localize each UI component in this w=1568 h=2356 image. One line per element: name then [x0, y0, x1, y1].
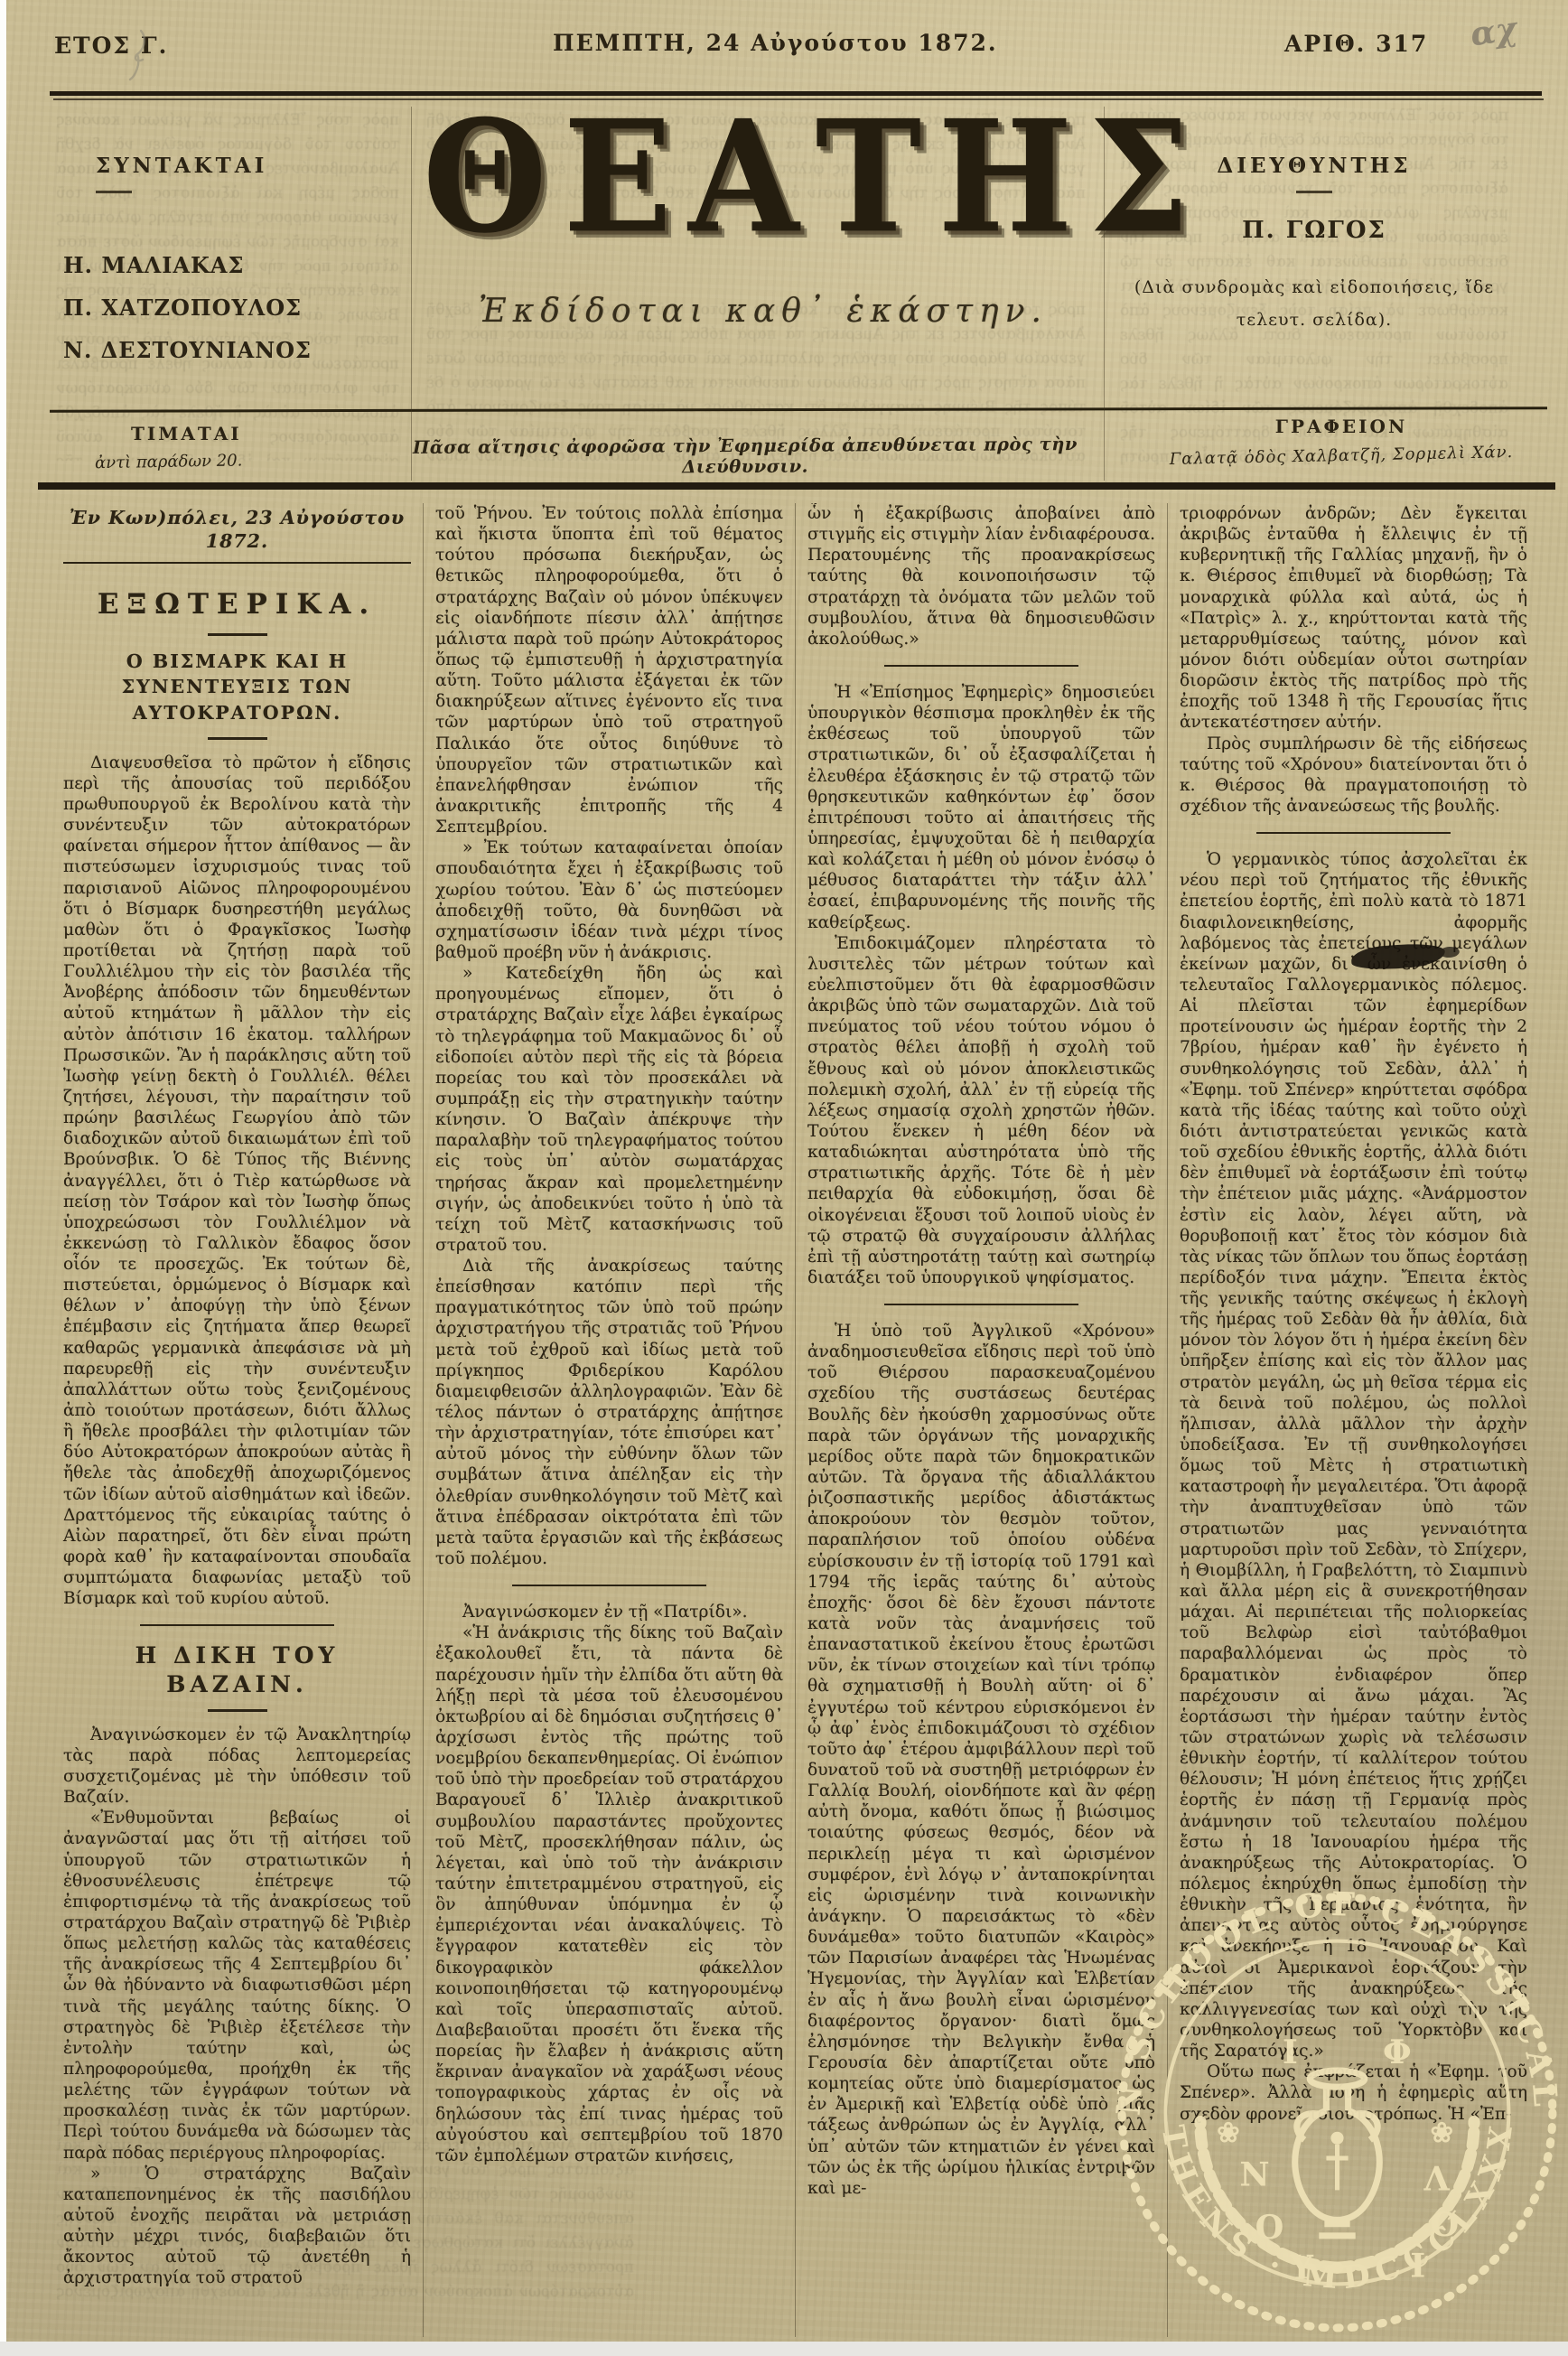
price-value: ἀντὶ παράδων 20. — [95, 450, 330, 473]
divider-dash — [96, 191, 132, 193]
paragraph: «Ἐνθυμοῦνται βεβαίως οἱ ἀναγνῶσταί μας ὅ… — [63, 1808, 411, 2163]
director-title: ΔΙΕΥΘΥΝΤΗΣ — [1115, 154, 1513, 178]
office-title: ΓΡΑΦΕΙΟΝ — [1165, 416, 1517, 437]
director-name: Π. ΓΩΓΟΣ — [1115, 217, 1513, 244]
editor-name: Η. ΜΑΛΙΑΚΑΣ — [63, 244, 388, 286]
director-note: (Διὰ συνδρομὰς καὶ εἰδοποιήσεις, ἴδε τελ… — [1115, 271, 1513, 336]
dash — [208, 737, 267, 740]
newspaper-page-scan: πρὸς τοὺς Ἕλληνας νὰ γείνωσι κανόνες τού… — [0, 0, 1568, 2356]
body-top-rule — [38, 482, 1555, 490]
handwritten-mark: αχ — [1468, 10, 1519, 54]
paragraph: Ἡ «Ἐπίσημος Ἐφημερὶς» δημοσιεύει ὑπουργι… — [807, 682, 1155, 933]
paragraph: Πρὸς συμπλήρωσιν δὲ τῆς εἰδήσεως ταύτης … — [1180, 734, 1527, 818]
paragraph: Ἀναγινώσκομεν ἐν τῇ «Πατρίδι». — [435, 1602, 783, 1622]
dateline: Ἐν Κων)πόλει, 23 Αὐγούστου 1872. — [63, 507, 411, 553]
edition-issue-label: ΑΡΙΘ. 317 — [1284, 31, 1428, 57]
paragraph-cont: ὧν ἡ ἐξακρίβωσις ἀποβαίνει ἀπὸ στιγμῆς ε… — [807, 503, 1155, 650]
article-column-4: τριοφρόνων ἀνδρῶν; Δὲν ἔγκειται ἀκριβῶς … — [1167, 503, 1539, 2337]
edition-date-label: ΠΕΜΠΤΗ, 24 Αὐγούστου 1872. — [553, 30, 998, 56]
article-column-3: ὧν ἡ ἐξακρίβωσις ἀποβαίνει ἀπὸ στιγμῆς ε… — [795, 503, 1167, 2337]
rule-full — [63, 562, 411, 564]
editor-name: Ν. ΔΕΣΤΟΥΝΙΑΝΟΣ — [63, 329, 388, 371]
paragraph: Διὰ τῆς ἀνακρίσεως ταύτης ἐπείσθησαν κατ… — [435, 1256, 783, 1569]
paragraph: » Ὁ στρατάρχης Βαζαὶν καταπεπονημένος ἐκ… — [63, 2164, 411, 2289]
heading2: Η ΔΙΚΗ ΤΟΥ ΒΑΖΑΙΝ. — [63, 1641, 411, 1697]
dash — [208, 633, 267, 636]
paragraph-cont: τοῦ Ῥήνου. Ἐν τούτοις πολλὰ ἐπίσημα καὶ … — [435, 503, 783, 837]
pencil-squiggle-icon — [116, 23, 179, 87]
masthead-divider — [411, 107, 412, 481]
office-address: Γαλατᾷ ὁδὸς Χαλβατζῆ, Σορμελὶ Χάν. — [1165, 443, 1517, 469]
article-column-1: Ἐν Κων)πόλει, 23 Αὐγούστου 1872.ΕΞΩΤΕΡΙΚ… — [51, 503, 423, 2337]
rule-center — [140, 1624, 335, 1626]
paragraph: Ἀναγινώσκομεν ἐν τῷ Ἀνακλητηρίῳ τὰς παρὰ… — [63, 1725, 411, 1809]
paragraph: Οὕτω πως ἐκφράζεται ἡ «Ἐφημ. τοῦ Σπένερ»… — [1180, 2061, 1527, 2124]
dash — [208, 1709, 267, 1712]
divider-dash — [1296, 191, 1332, 193]
newspaper-title: ΘΕΑΤΗΣ — [423, 101, 1104, 256]
price-title: ΤΙΜΑΤΑΙ — [131, 423, 330, 444]
rule-center — [884, 665, 1079, 667]
subheading: Ο ΒΙΣΜΑΡΚ ΚΑΙ Η ΣΥΝΕΝΤΕΥΞΙΣ ΤΩΝ ΑΥΤΟΚΡΑΤ… — [76, 649, 398, 726]
rule-center — [1256, 832, 1451, 834]
scan-edge — [0, 2342, 1568, 2356]
editor-name: Π. ΧΑΤΖΟΠΟΥΛΟΣ — [63, 286, 388, 329]
paragraph: «Ἡ ἀνάκρισις τῆς δίκης τοῦ Βαζαὶν ἐξακολ… — [435, 1622, 783, 2166]
paragraph: Ἡ ὑπὸ τοῦ Ἀγγλικοῦ «Χρόνου» ἀναδημοσιευθ… — [807, 1321, 1155, 2199]
paragraph-cont: τριοφρόνων ἀνδρῶν; Δὲν ἔγκειται ἀκριβῶς … — [1180, 503, 1527, 734]
paragraph: » Κατεδείχθη ἤδη ὡς καὶ προηγουμένως εἴπ… — [435, 963, 783, 1256]
editors-title: ΣΥΝΤΑΚΤΑΙ — [96, 154, 388, 178]
newspaper-subtitle: Ἐκδίδοται καθ᾽ ἑκάστην. — [423, 293, 1104, 330]
submission-notice: Πᾶσα αἴτησις ἀφορῶσα τὴν Ἐφημερίδα ἀπευθ… — [397, 434, 1093, 479]
rule-center — [512, 1585, 707, 1586]
paragraph: » Ἐκ τούτων καταφαίνεται ὁποίαν σπουδαιό… — [435, 837, 783, 963]
article-columns: Ἐν Κων)πόλει, 23 Αὐγούστου 1872.ΕΞΩΤΕΡΙΚ… — [51, 503, 1542, 2337]
article-column-2: τοῦ Ῥήνου. Ἐν τούτοις πολλὰ ἐπίσημα καὶ … — [423, 503, 795, 2337]
scan-edge — [0, 0, 6, 2356]
paragraph: Ἐπιδοκιμάζομεν πληρέστατα τὸ λυσιτελὲς τ… — [807, 933, 1155, 1288]
paragraph: Ὁ γερμανικὸς τύπος ἀσχολεῖται ἐκ νέου πε… — [1180, 849, 1527, 2061]
heading1: ΕΞΩΤΕΡΙΚΑ. — [63, 587, 411, 622]
paragraph: Διαψευσθεῖσα τὸ πρῶτον ἡ εἴδησις περὶ τῆ… — [63, 753, 411, 1610]
rule-center — [884, 1304, 1079, 1305]
